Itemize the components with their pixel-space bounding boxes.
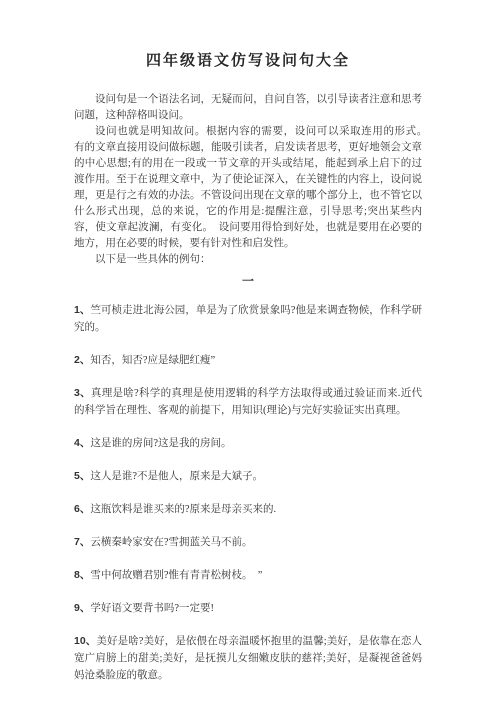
example-text: 这是谁的房间?这是我的房间。	[90, 438, 231, 449]
example-text: 雪中何故赠君别?惟有青青松树枝。 ”	[90, 570, 262, 581]
intro-paragraph: 设问句是一个语法名词，无疑而问，自问自答，以引导读者注意和思考问题，这种辞格叫设…	[74, 92, 422, 124]
example-item: 1、竺可桢走进北海公园，单是为了欣赏景象吗?他是来调查物候，作科学研究的。	[74, 302, 422, 336]
example-item: 7、云横秦岭家安在?雪拥蓝关马不前。	[74, 534, 422, 551]
example-item: 9、学好语文要背书吗?一定要!	[74, 600, 422, 617]
section-separator: 一	[74, 274, 422, 288]
example-number: 3、	[74, 387, 91, 399]
example-text: 学好语文要背书吗?一定要!	[90, 603, 214, 614]
example-item: 6、这瓶饮料是谁买来的?原来是母亲买来的.	[74, 501, 422, 518]
example-item: 2、知否，知否?应是绿肥红瘦”	[74, 352, 422, 369]
example-number: 10、	[74, 635, 96, 647]
example-item: 3、真理是啥?科学的真理是使用逻辑的科学方法取得或通过验证而来.近代的科学旨在理…	[74, 385, 422, 419]
example-item: 8、雪中何故赠君别?惟有青青松树枝。 ”	[74, 567, 422, 584]
example-text: 竺可桢走进北海公园，单是为了欣赏景象吗?他是来调查物候，作科学研究的。	[74, 305, 422, 333]
document-page: 四年级语文仿写设问句大全 设问句是一个语法名词，无疑而问，自问自答，以引导读者注…	[0, 0, 496, 702]
document-title: 四年级语文仿写设问句大全	[74, 50, 422, 71]
example-text: 真理是啥?科学的真理是使用逻辑的科学方法取得或通过验证而来.近代的科学旨在理性、…	[74, 388, 422, 416]
example-text: 这瓶饮料是谁买来的?原来是母亲买来的.	[90, 504, 276, 515]
example-number: 8、	[74, 569, 90, 581]
intro-paragraph: 设问也就是明知故问。根据内容的需要，设问可以采取连用的形式。 有的文章直接用设问…	[74, 124, 422, 252]
example-text: 这人是谁?不是他人，原来是大斌子。	[90, 471, 263, 482]
example-number: 2、	[74, 354, 90, 366]
example-text: 知否，知否?应是绿肥红瘦”	[90, 355, 215, 366]
example-text: 美好是啥?美好，是依偎在母亲温暖怀抱里的温馨;美好，是依靠在恋人宽广肩膀上的甜美…	[74, 636, 422, 681]
intro-paragraph: 以下是一些具体的例句：	[74, 252, 422, 268]
example-number: 5、	[74, 470, 90, 482]
example-item: 10、美好是啥?美好，是依偎在母亲温暖怀抱里的温馨;美好，是依靠在恋人宽广肩膀上…	[74, 633, 422, 684]
example-number: 7、	[74, 536, 90, 548]
example-number: 1、	[74, 304, 90, 316]
example-text: 云横秦岭家安在?雪拥蓝关马不前。	[90, 537, 252, 548]
example-number: 6、	[74, 503, 90, 515]
example-number: 9、	[74, 602, 90, 614]
example-item: 5、这人是谁?不是他人，原来是大斌子。	[74, 468, 422, 485]
example-number: 4、	[74, 437, 90, 449]
intro-section: 设问句是一个语法名词，无疑而问，自问自答，以引导读者注意和思考问题，这种辞格叫设…	[74, 92, 422, 268]
examples-list: 1、竺可桢走进北海公园，单是为了欣赏景象吗?他是来调查物候，作科学研究的。2、知…	[74, 302, 422, 684]
example-item: 4、这是谁的房间?这是我的房间。	[74, 435, 422, 452]
